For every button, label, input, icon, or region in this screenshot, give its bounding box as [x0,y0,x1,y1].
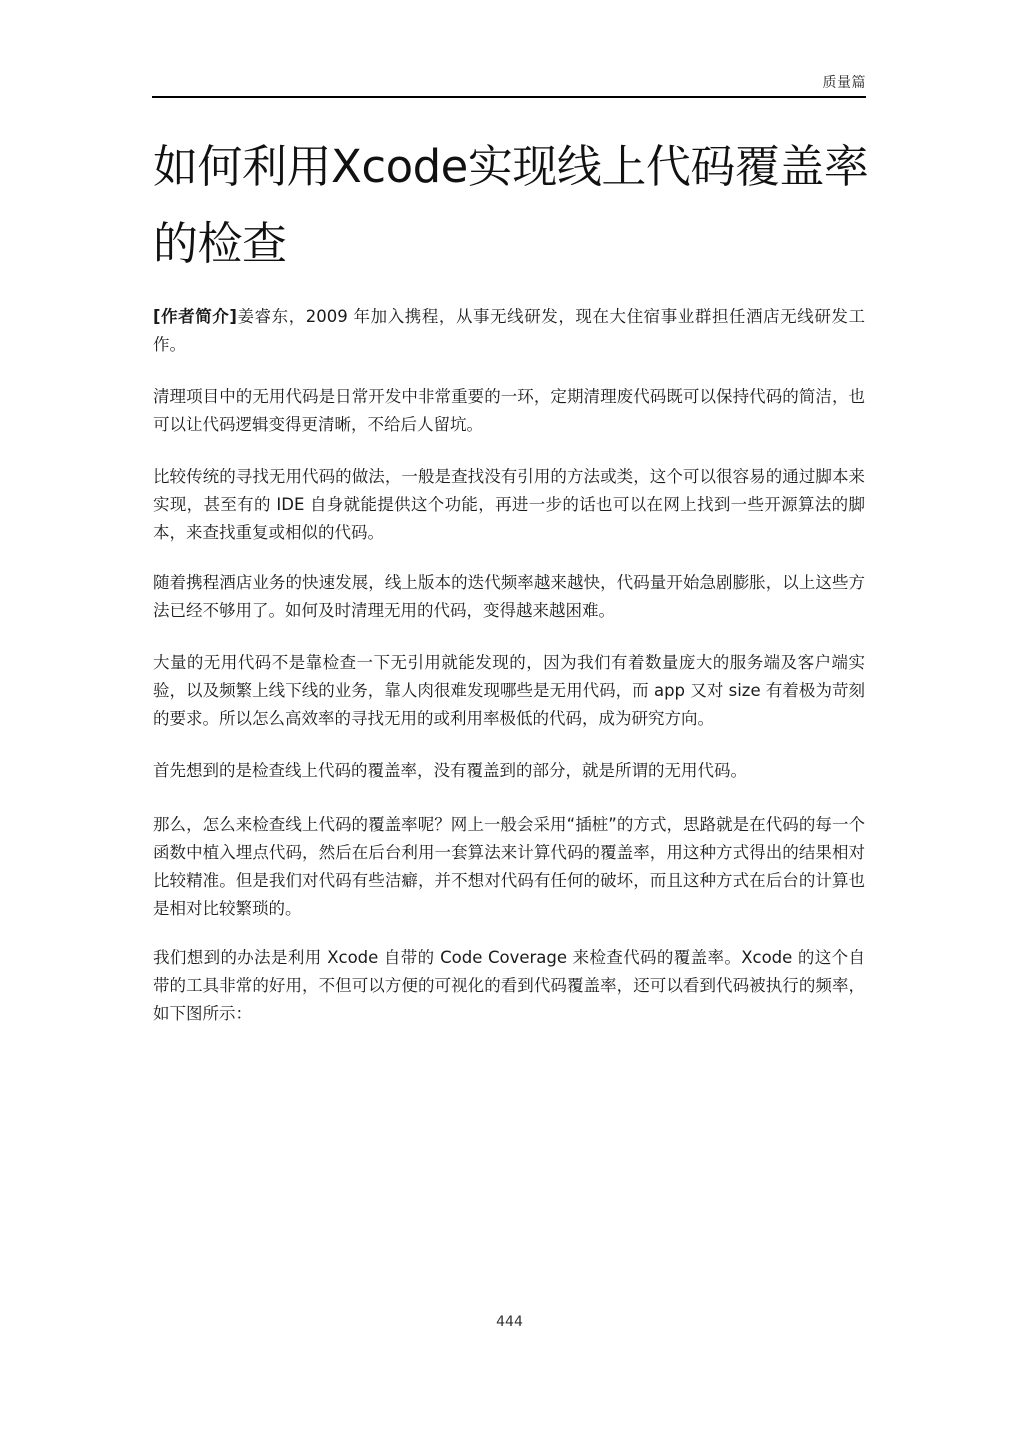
paragraph: 我们想到的办法是利用 Xcode 自带的 Code Coverage 来检查代码… [153,944,865,1028]
author-intro-text: 姜睿东，2009 年加入携程，从事无线研发，现在大住宿事业群担任酒店无线研发工作… [153,307,865,354]
paragraph: 首先想到的是检查线上代码的覆盖率，没有覆盖到的部分，就是所谓的无用代码。 [153,757,865,785]
author-intro-label: [作者简介] [153,307,237,326]
author-intro: [作者简介]姜睿东，2009 年加入携程，从事无线研发，现在大住宿事业群担任酒店… [153,303,865,359]
section-label: 质量篇 [823,72,867,92]
page-header: 质量篇 [152,70,866,98]
paragraph: 清理项目中的无用代码是日常开发中非常重要的一环，定期清理废代码既可以保持代码的简… [153,383,865,439]
page-number: 444 [0,1314,1019,1330]
paragraph: 大量的无用代码不是靠检查一下无引用就能发现的，因为我们有着数量庞大的服务端及客户… [153,649,865,733]
paragraph: 那么，怎么来检查线上代码的覆盖率呢？网上一般会采用“插桩”的方式，思路就是在代码… [153,811,865,923]
paragraph: 比较传统的寻找无用代码的做法，一般是查找没有引用的方法或类，这个可以很容易的通过… [153,463,865,547]
paragraph: 随着携程酒店业务的快速发展，线上版本的迭代频率越来越快，代码量开始急剧膨胀，以上… [153,569,865,625]
article-title: 如何利用Xcode实现线上代码覆盖率的检查 [153,128,873,282]
